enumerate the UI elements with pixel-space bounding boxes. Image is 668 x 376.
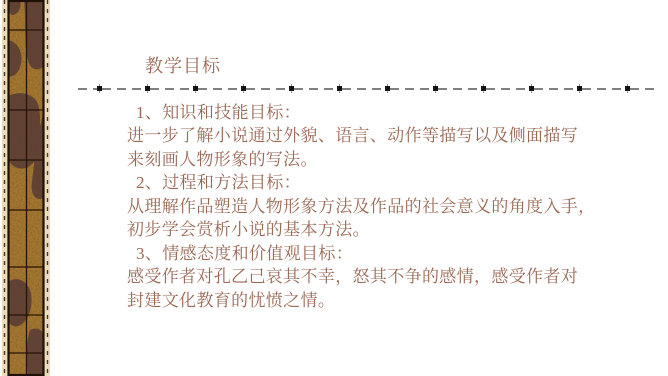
body-line: 来刻画人物形象的写法。 (127, 148, 657, 171)
decorative-border (0, 0, 52, 376)
body-line: 3、情感态度和价值观目标： (127, 242, 657, 265)
section-divider (78, 84, 656, 93)
body-line: 2、过程和方法目标： (127, 171, 657, 194)
body-line: 从理解作品塑造人物形象方法及作品的社会意义的角度入手， (127, 195, 657, 218)
slide-body: 1、知识和技能目标： 进一步了解小说通过外貌、语言、动作等描写以及侧面描写 来刻… (127, 101, 657, 312)
decorative-border-texture (0, 0, 52, 376)
body-line: 1、知识和技能目标： (127, 101, 657, 124)
slide-title: 教学目标 (145, 52, 221, 78)
body-line: 感受作者对孔乙己哀其不幸，怒其不争的感情，感受作者对 (127, 265, 657, 288)
body-line: 进一步了解小说通过外貌、语言、动作等描写以及侧面描写 (127, 124, 657, 147)
body-line: 封建文化教育的忧愤之情。 (127, 289, 657, 312)
presentation-slide: 教学目标 1、知识和技能目标： 进一步了解小说通过外貌、语言、动作等描写以及侧面… (0, 0, 668, 376)
body-line: 初步学会赏析小说的基本方法。 (127, 218, 657, 241)
